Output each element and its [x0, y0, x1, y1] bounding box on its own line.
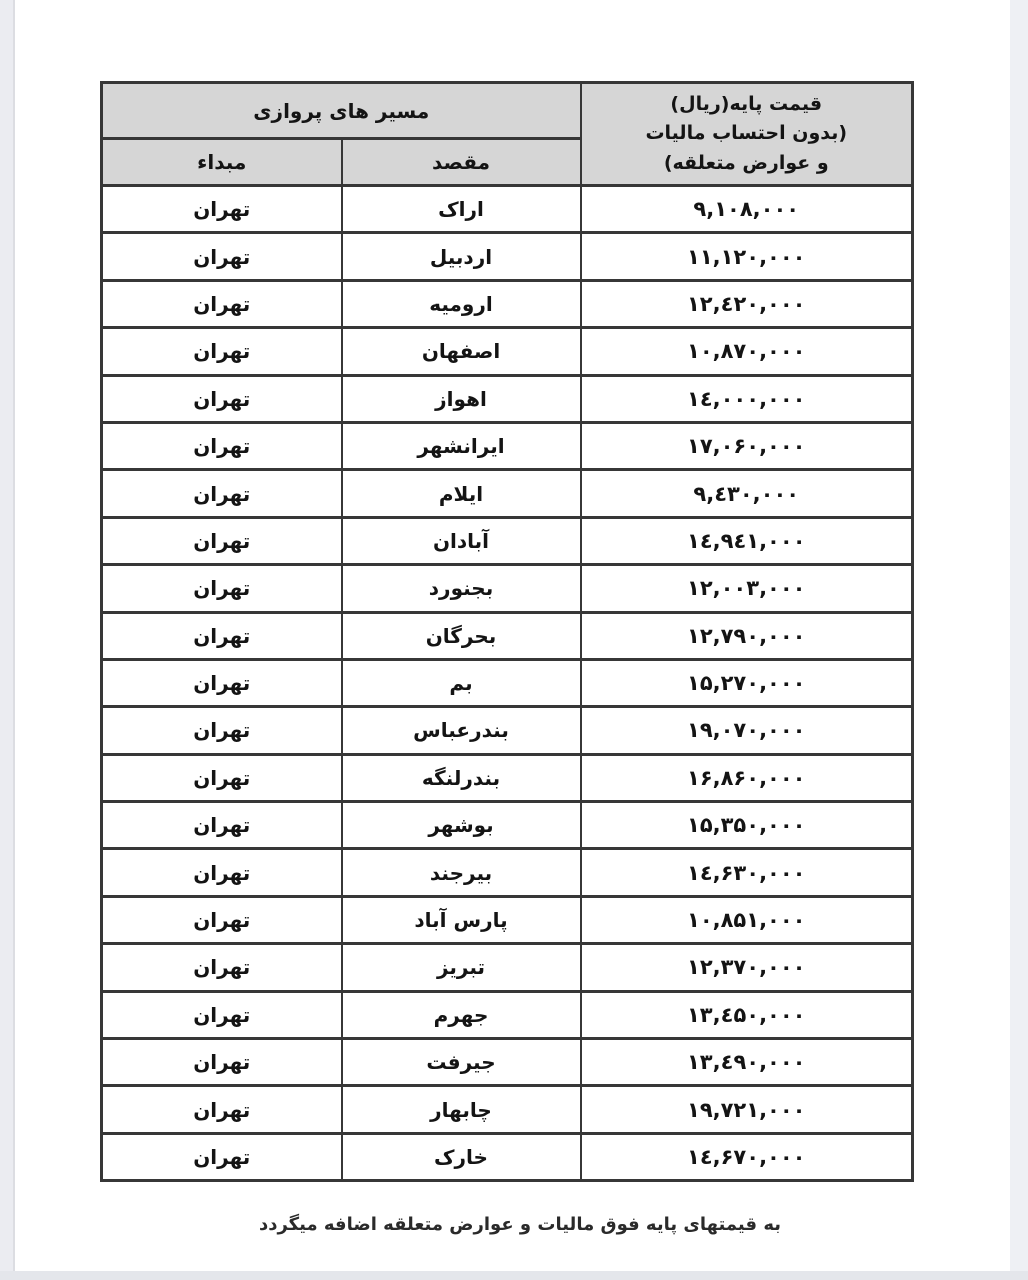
destination-cell: بندرلنگه: [342, 754, 581, 801]
table-row: تهران چابهار ۱۹,۷۲۱,۰۰۰: [102, 1086, 913, 1133]
table-row: تهران ارومیه ۱۲,٤۲۰,۰۰۰: [102, 280, 913, 327]
origin-cell: تهران: [102, 944, 342, 991]
origin-cell: تهران: [102, 707, 342, 754]
page-edge-strip-bottom: [0, 1271, 1028, 1280]
origin-cell: تهران: [102, 1039, 342, 1086]
destination-cell: بحرگان: [342, 612, 581, 659]
table-row: تهران آبادان ۱٤,۹٤۱,۰۰۰: [102, 517, 913, 564]
origin-cell: تهران: [102, 754, 342, 801]
price-cell: ۱۳,٤۵۰,۰۰۰: [581, 991, 913, 1038]
price-cell: ۹,٤۳۰,۰۰۰: [581, 470, 913, 517]
destination-cell: اهواز: [342, 375, 581, 422]
destination-cell: بیرجند: [342, 849, 581, 896]
price-cell: ۱٤,۶۷۰,۰۰۰: [581, 1133, 913, 1180]
table-row: تهران اهواز ۱٤,۰۰۰,۰۰۰: [102, 375, 913, 422]
price-cell: ۱٤,۰۰۰,۰۰۰: [581, 375, 913, 422]
table-body: تهران اراک ۹,۱۰۸,۰۰۰ تهران اردبیل ۱۱,۱۲۰…: [102, 186, 913, 1181]
price-cell: ۱۵,۲۷۰,۰۰۰: [581, 659, 913, 706]
destination-cell: بم: [342, 659, 581, 706]
destination-cell: بجنورد: [342, 565, 581, 612]
price-cell: ۱۷,۰۶۰,۰۰۰: [581, 422, 913, 469]
origin-cell: تهران: [102, 186, 342, 233]
header-row-group: مسیر های پروازی قیمت پایه(ریال) (بدون اح…: [102, 83, 913, 139]
destination-cell: آبادان: [342, 517, 581, 564]
table-row: تهران بوشهر ۱۵,۳۵۰,۰۰۰: [102, 802, 913, 849]
price-cell: ۱۲,۷۹۰,۰۰۰: [581, 612, 913, 659]
origin-cell: تهران: [102, 422, 342, 469]
destination-cell: جیرفت: [342, 1039, 581, 1086]
origin-cell: تهران: [102, 517, 342, 564]
price-cell: ۹,۱۰۸,۰۰۰: [581, 186, 913, 233]
destination-cell: اصفهان: [342, 328, 581, 375]
origin-cell: تهران: [102, 991, 342, 1038]
price-cell: ۱۹,۰۷۰,۰۰۰: [581, 707, 913, 754]
origin-cell: تهران: [102, 375, 342, 422]
destination-cell: چابهار: [342, 1086, 581, 1133]
routes-group-header: مسیر های پروازی: [102, 83, 581, 139]
table-row: تهران اراک ۹,۱۰۸,۰۰۰: [102, 186, 913, 233]
origin-cell: تهران: [102, 565, 342, 612]
price-column-header: قیمت پایه(ریال) (بدون احتساب مالیات و عو…: [581, 83, 913, 186]
destination-cell: پارس آباد: [342, 896, 581, 943]
origin-cell: تهران: [102, 659, 342, 706]
destination-cell: ایرانشهر: [342, 422, 581, 469]
price-cell: ۱٤,۶۳۰,۰۰۰: [581, 849, 913, 896]
origin-cell: تهران: [102, 802, 342, 849]
destination-cell: اراک: [342, 186, 581, 233]
price-header-line2: (بدون احتساب مالیات: [588, 119, 906, 148]
footer-note: به قیمتهای پایه فوق مالیات و عوارض متعلق…: [100, 1214, 940, 1235]
page-edge-strip-left: [0, 0, 15, 1280]
table-row: تهران بیرجند ۱٤,۶۳۰,۰۰۰: [102, 849, 913, 896]
table-row: تهران تبریز ۱۲,۳۷۰,۰۰۰: [102, 944, 913, 991]
price-cell: ۱۵,۳۵۰,۰۰۰: [581, 802, 913, 849]
price-header-line3: و عوارض متعلقه): [588, 149, 906, 178]
destination-cell: اردبیل: [342, 233, 581, 280]
destination-cell: تبریز: [342, 944, 581, 991]
price-cell: ۱۱,۱۲۰,۰۰۰: [581, 233, 913, 280]
table-row: تهران اصفهان ۱۰,۸۷۰,۰۰۰: [102, 328, 913, 375]
origin-cell: تهران: [102, 1133, 342, 1180]
origin-cell: تهران: [102, 612, 342, 659]
origin-column-header: مبداء: [102, 139, 342, 186]
price-cell: ۱۳,٤۹۰,۰۰۰: [581, 1039, 913, 1086]
price-header-line1: قیمت پایه(ریال): [588, 90, 906, 119]
table-row: تهران بندرلنگه ۱۶,۸۶۰,۰۰۰: [102, 754, 913, 801]
origin-cell: تهران: [102, 328, 342, 375]
table-row: تهران بم ۱۵,۲۷۰,۰۰۰: [102, 659, 913, 706]
table-row: تهران بجنورد ۱۲,۰۰۳,۰۰۰: [102, 565, 913, 612]
price-cell: ۱۰,۸۷۰,۰۰۰: [581, 328, 913, 375]
origin-cell: تهران: [102, 896, 342, 943]
origin-cell: تهران: [102, 849, 342, 896]
destination-cell: بوشهر: [342, 802, 581, 849]
table-row: تهران بندرعباس ۱۹,۰۷۰,۰۰۰: [102, 707, 913, 754]
destination-cell: جهرم: [342, 991, 581, 1038]
destination-cell: بندرعباس: [342, 707, 581, 754]
origin-cell: تهران: [102, 280, 342, 327]
table-row: تهران بحرگان ۱۲,۷۹۰,۰۰۰: [102, 612, 913, 659]
table-row: تهران خارک ۱٤,۶۷۰,۰۰۰: [102, 1133, 913, 1180]
price-cell: ۱۶,۸۶۰,۰۰۰: [581, 754, 913, 801]
destination-cell: ارومیه: [342, 280, 581, 327]
flight-price-table: مسیر های پروازی قیمت پایه(ریال) (بدون اح…: [100, 81, 914, 1182]
table-row: تهران جیرفت ۱۳,٤۹۰,۰۰۰: [102, 1039, 913, 1086]
price-cell: ۱٤,۹٤۱,۰۰۰: [581, 517, 913, 564]
destination-cell: ایلام: [342, 470, 581, 517]
page-edge-strip-right: [1010, 0, 1028, 1280]
destination-cell: خارک: [342, 1133, 581, 1180]
table-row: تهران ایرانشهر ۱۷,۰۶۰,۰۰۰: [102, 422, 913, 469]
table-row: تهران جهرم ۱۳,٤۵۰,۰۰۰: [102, 991, 913, 1038]
table-row: تهران اردبیل ۱۱,۱۲۰,۰۰۰: [102, 233, 913, 280]
table-row: تهران ایلام ۹,٤۳۰,۰۰۰: [102, 470, 913, 517]
destination-column-header: مقصد: [342, 139, 581, 186]
origin-cell: تهران: [102, 470, 342, 517]
table-row: تهران پارس آباد ۱۰,۸۵۱,۰۰۰: [102, 896, 913, 943]
price-cell: ۱۲,٤۲۰,۰۰۰: [581, 280, 913, 327]
origin-cell: تهران: [102, 233, 342, 280]
price-cell: ۱۰,۸۵۱,۰۰۰: [581, 896, 913, 943]
price-cell: ۱۹,۷۲۱,۰۰۰: [581, 1086, 913, 1133]
price-cell: ۱۲,۰۰۳,۰۰۰: [581, 565, 913, 612]
table-header: مسیر های پروازی قیمت پایه(ریال) (بدون اح…: [102, 83, 913, 186]
origin-cell: تهران: [102, 1086, 342, 1133]
price-cell: ۱۲,۳۷۰,۰۰۰: [581, 944, 913, 991]
